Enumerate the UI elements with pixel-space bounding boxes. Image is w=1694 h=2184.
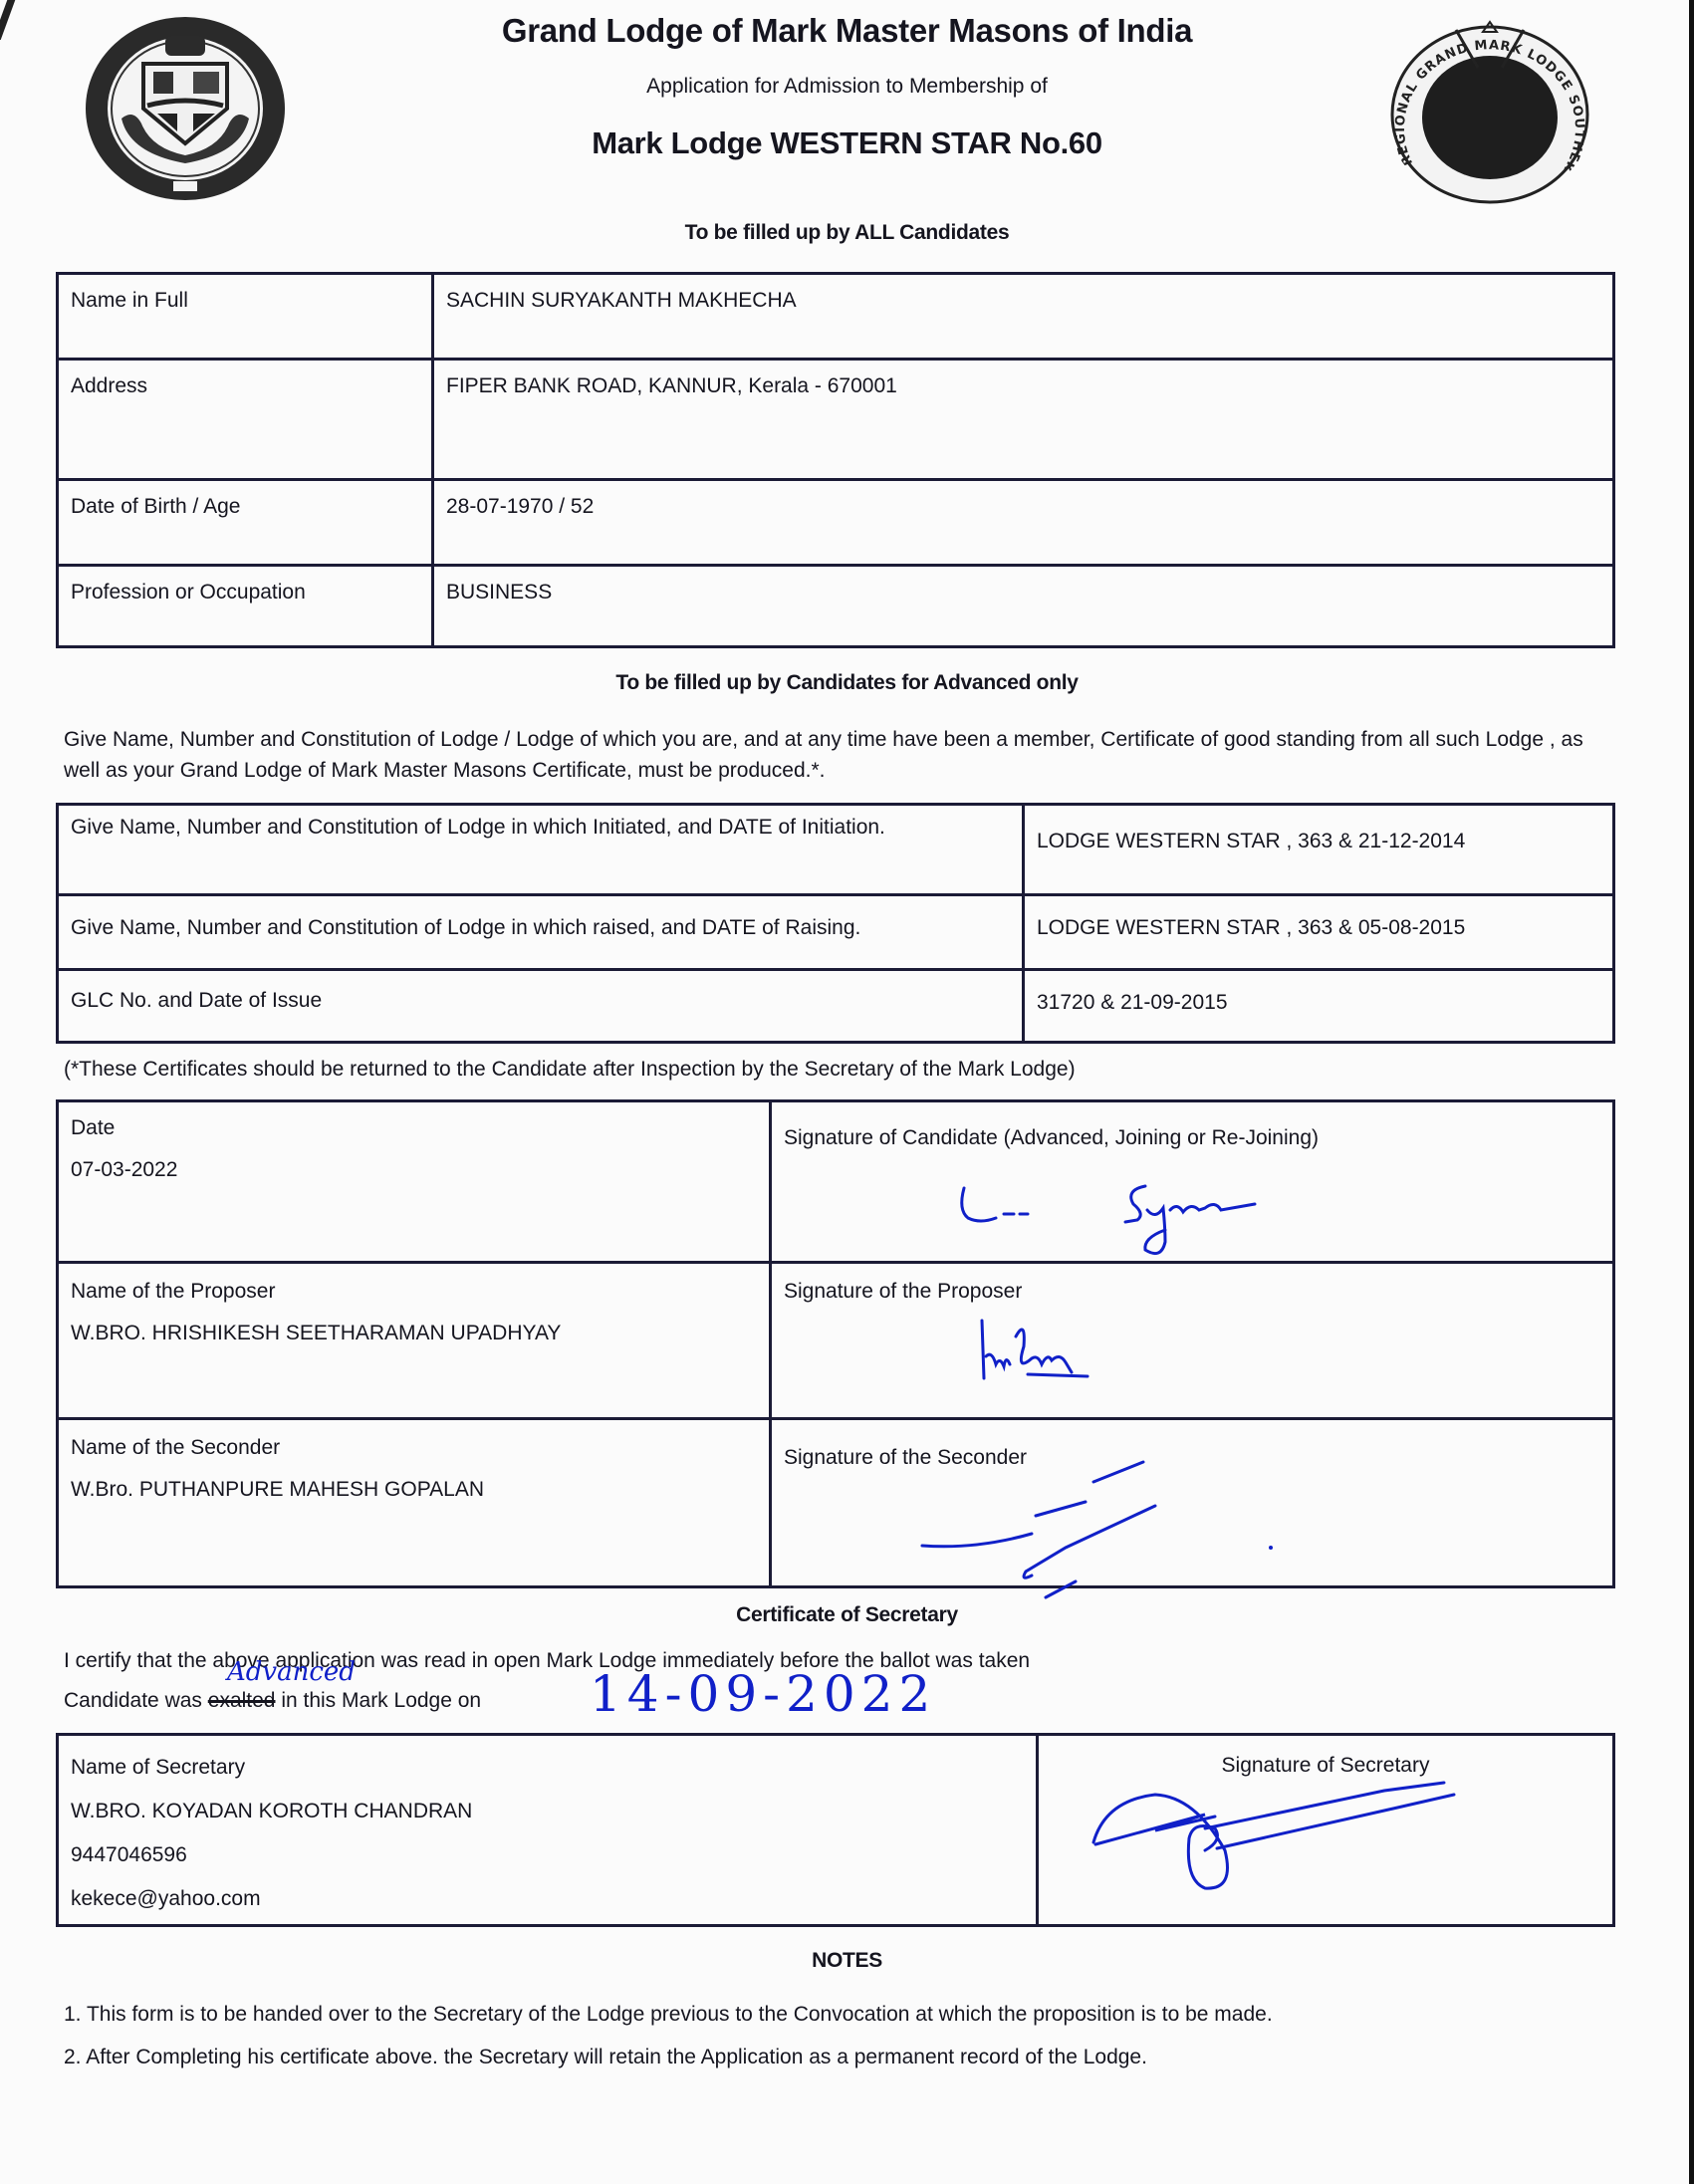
proposer-name-field[interactable]: W.BRO. HRISHIKESH SEETHARAMAN UPADHYAY: [71, 1320, 757, 1347]
secretary-name-field[interactable]: W.BRO. KOYADAN KOROTH CHANDRAN: [71, 1790, 1024, 1833]
seconder-signature-icon: [916, 1454, 1295, 1603]
org-title: Grand Lodge of Mark Master Masons of Ind…: [0, 12, 1694, 50]
secretary-details-cell: Name of Secretary W.BRO. KOYADAN KOROTH …: [58, 1735, 1038, 1926]
dob-age-field[interactable]: 28-07-1970 / 52: [433, 480, 1614, 566]
field-label: GLC No. and Date of Issue: [58, 970, 1024, 1043]
section-heading-all: To be filled up by ALL Candidates: [0, 221, 1694, 245]
table-row: Give Name, Number and Constitution of Lo…: [58, 895, 1614, 970]
date-cell: Date 07-03-2022: [58, 1101, 771, 1263]
field-label: Give Name, Number and Constitution of Lo…: [58, 895, 1024, 970]
advanced-instruction: Give Name, Number and Constitution of Lo…: [64, 724, 1617, 786]
certificate-heading: Certificate of Secretary: [0, 1603, 1694, 1627]
seconder-cell: Name of the Seconder W.Bro. PUTHANPURE M…: [58, 1419, 771, 1587]
field-label: Give Name, Number and Constitution of Lo…: [58, 805, 1024, 895]
table-row: Give Name, Number and Constitution of Lo…: [58, 805, 1614, 895]
raising-field[interactable]: LODGE WESTERN STAR , 363 & 05-08-2015: [1024, 895, 1614, 970]
proposer-cell: Name of the Proposer W.BRO. HRISHIKESH S…: [58, 1263, 771, 1419]
table-row: Name of the Proposer W.BRO. HRISHIKESH S…: [58, 1263, 1614, 1419]
candidate-details-table: Name in Full SACHIN SURYAKANTH MAKHECHA …: [56, 272, 1615, 648]
section-heading-advanced: To be filled up by Candidates for Advanc…: [0, 671, 1694, 695]
certificate-suffix: in this Mark Lodge on: [281, 1689, 481, 1712]
form-subtitle: Application for Admission to Membership …: [0, 75, 1694, 99]
secretary-email-field[interactable]: kekece@yahoo.com: [71, 1877, 1024, 1921]
proposer-signature-label: Signature of the Proposer: [784, 1278, 1600, 1306]
field-label: Date of Birth / Age: [58, 480, 433, 566]
candidate-signature-label: Signature of Candidate (Advanced, Joinin…: [784, 1124, 1600, 1152]
address-field[interactable]: FIPER BANK ROAD, KANNUR, Kerala - 670001: [433, 360, 1614, 480]
field-label: Name in Full: [58, 274, 433, 360]
table-row: Name of the Seconder W.Bro. PUTHANPURE M…: [58, 1419, 1614, 1587]
secretary-signature-icon: [1086, 1771, 1603, 1890]
date-label: Date: [71, 1114, 757, 1142]
seconder-label: Name of the Seconder: [71, 1434, 757, 1462]
table-row: GLC No. and Date of Issue 31720 & 21-09-…: [58, 970, 1614, 1043]
date-field[interactable]: 07-03-2022: [71, 1156, 757, 1184]
certificates-footnote: (*These Certificates should be returned …: [64, 1054, 1076, 1085]
page-edge: [1689, 0, 1694, 2184]
table-row: Profession or Occupation BUSINESS: [58, 566, 1614, 647]
secretary-label: Name of Secretary: [71, 1746, 1024, 1790]
certificate-advanced-line: Candidate was exalted in this Mark Lodge…: [64, 1685, 481, 1716]
proposer-signature-icon: [976, 1317, 1195, 1396]
field-label: Address: [58, 360, 433, 480]
table-row: Date 07-03-2022 Signature of Candidate (…: [58, 1101, 1614, 1263]
note-item: 1. This form is to be handed over to the…: [64, 1999, 1273, 2030]
table-row: Date of Birth / Age 28-07-1970 / 52: [58, 480, 1614, 566]
occupation-field[interactable]: BUSINESS: [433, 566, 1614, 647]
table-row: Address FIPER BANK ROAD, KANNUR, Kerala …: [58, 360, 1614, 480]
certificate-prefix: Candidate was: [64, 1689, 202, 1712]
handwritten-advanced: Advanced: [227, 1657, 356, 1687]
field-label: Profession or Occupation: [58, 566, 433, 647]
glc-field[interactable]: 31720 & 21-09-2015: [1024, 970, 1614, 1043]
table-row: Name in Full SACHIN SURYAKANTH MAKHECHA: [58, 274, 1614, 360]
notes-heading: NOTES: [0, 1949, 1694, 1973]
note-item: 2. After Completing his certificate abov…: [64, 2042, 1147, 2072]
advancement-date-field[interactable]: 14-09-2022: [590, 1665, 936, 1723]
struck-word: exalted: [208, 1689, 276, 1712]
full-name-field[interactable]: SACHIN SURYAKANTH MAKHECHA: [433, 274, 1614, 360]
secretary-phone-field[interactable]: 9447046596: [71, 1833, 1024, 1877]
candidate-signature-icon: [956, 1180, 1374, 1260]
seconder-name-field[interactable]: W.Bro. PUTHANPURE MAHESH GOPALAN: [71, 1476, 757, 1504]
lodge-name: Mark Lodge WESTERN STAR No.60: [0, 125, 1694, 161]
lodge-history-table: Give Name, Number and Constitution of Lo…: [56, 803, 1615, 1044]
initiation-field[interactable]: LODGE WESTERN STAR , 363 & 21-12-2014: [1024, 805, 1614, 895]
signatures-table: Date 07-03-2022 Signature of Candidate (…: [56, 1099, 1615, 1588]
proposer-label: Name of the Proposer: [71, 1278, 757, 1306]
